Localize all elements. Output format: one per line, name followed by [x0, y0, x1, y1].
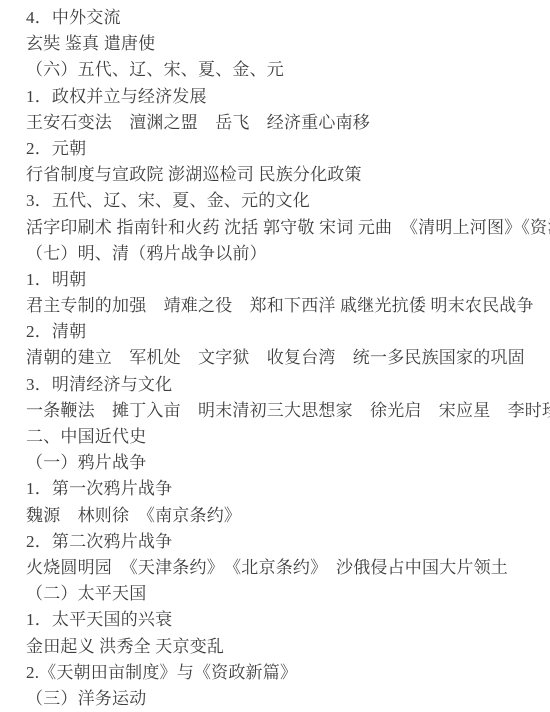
- document-line: 1．明朝: [26, 267, 544, 293]
- document-line: （六）五代、辽、宋、夏、金、元: [26, 57, 544, 83]
- document-line: 金田起义 洪秀全 天京变乱: [26, 634, 544, 660]
- document-line: 玄奘 鉴真 遣唐使: [26, 31, 544, 57]
- document-line: 1．政权并立与经济发展: [26, 84, 544, 110]
- document-line: （七）明、清（鸦片战争以前）: [26, 241, 544, 267]
- document-line: 2．清朝: [26, 319, 544, 345]
- document-line: 3．明清经济与文化: [26, 372, 544, 398]
- document-line: 3．五代、辽、宋、夏、金、元的文化: [26, 188, 544, 214]
- document-line: 2.《天朝田亩制度》与《资政新篇》: [26, 660, 544, 686]
- document-line: 活字印刷术 指南针和火药 沈括 郭守敬 宋词 元曲 《清明上河图》《资治通鉴》: [26, 215, 544, 241]
- document-line: 2．元朝: [26, 136, 544, 162]
- document-line: 清朝的建立 军机处 文字狱 收复台湾 统一多民族国家的巩固: [26, 345, 544, 371]
- document-page: 4．中外交流 玄奘 鉴真 遣唐使 （六）五代、辽、宋、夏、金、元 1．政权并立与…: [0, 0, 550, 712]
- document-line: 火烧圆明园 《天津条约》 《北京条约》 沙俄侵占中国大片领土: [26, 555, 544, 581]
- document-line: 1．第一次鸦片战争: [26, 476, 544, 502]
- document-line: （三）洋务运动: [26, 686, 544, 712]
- document-line: 2．第二次鸦片战争: [26, 529, 544, 555]
- document-line: 王安石变法 澶渊之盟 岳飞 经济重心南移: [26, 110, 544, 136]
- document-line: 4．中外交流: [26, 5, 544, 31]
- document-line: （二）太平天国: [26, 581, 544, 607]
- document-line: 君主专制的加强 靖难之役 郑和下西洋 戚继光抗倭 明末农民战争: [26, 293, 544, 319]
- document-line: 魏源 林则徐 《南京条约》: [26, 503, 544, 529]
- document-line: 行省制度与宣政院 澎湖巡检司 民族分化政策: [26, 162, 544, 188]
- document-line: 一条鞭法 摊丁入亩 明末清初三大思想家 徐光启 宋应星 李时珍 明清小说: [26, 398, 544, 424]
- document-line: 二、中国近代史: [26, 424, 544, 450]
- document-line: （一）鸦片战争: [26, 450, 544, 476]
- document-line: 1．太平天国的兴衰: [26, 607, 544, 633]
